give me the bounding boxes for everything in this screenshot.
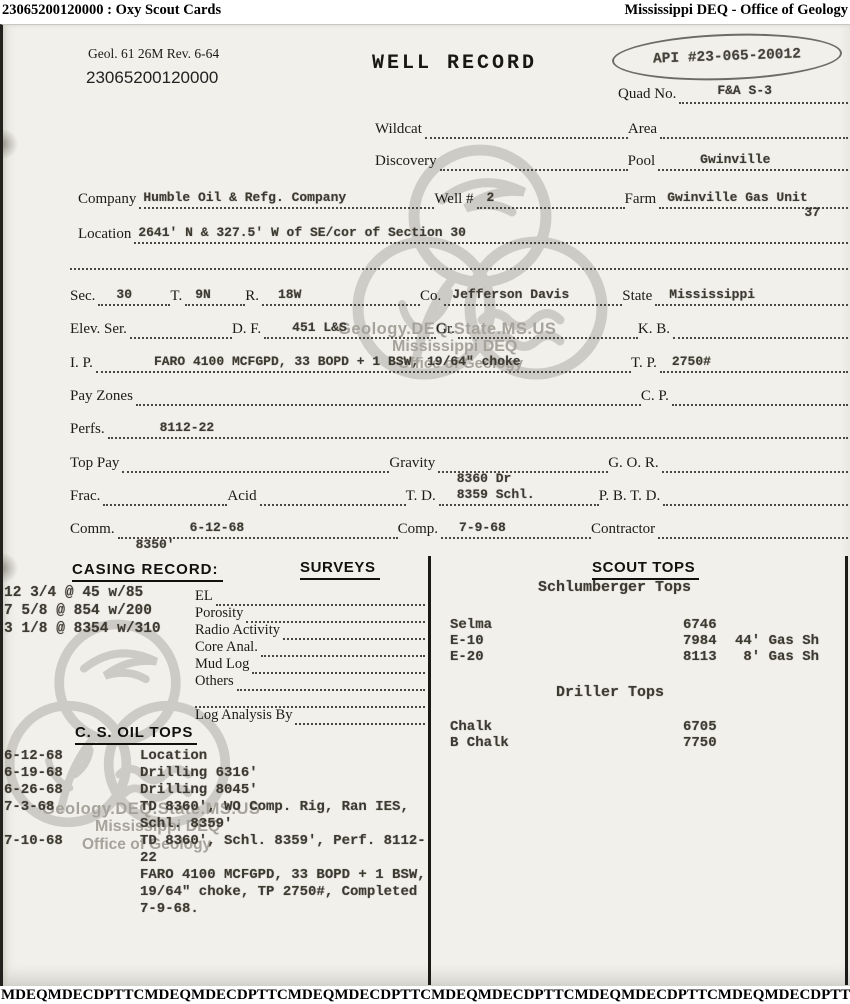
field-value-sec: 30 [116,287,132,302]
field-label-gr: Gr. [436,319,458,339]
casing-record-heading: CASING RECORD: [72,561,223,582]
punch-hole-shadow [3,129,18,159]
footer-word: PTTC [821,987,850,1004]
field-label-gravity: Gravity [389,453,438,473]
report-date: 7-3-68 [4,799,140,816]
top-name: E-10 [450,633,683,649]
casing-row: 7 5/8 @ 854 w/200 [4,602,161,620]
report-text: Location [140,748,207,765]
field-label-county: Co. [420,286,444,306]
footer-word: MDEQ [574,987,621,1004]
dotted-line: FARO 4100 MCFGPD, 33 BOPD + 1 BSW, 19/64… [96,351,631,373]
dotted-line: 2750# [660,351,848,373]
dotted-line [425,117,628,139]
field-value-df: 451 L&S [292,320,347,335]
field-label-area: Area [628,119,660,139]
footer-word: MDECD [764,987,821,1004]
field-value-location: 2641' N & 327.5' W of SE/cor of Section … [138,225,466,240]
field-value-county: Jefferson Davis [452,287,569,302]
footer-word: MDEQ [288,987,335,1004]
scout-top-row: E-20 8113 8' Gas Sh [450,649,842,665]
field-label-state: State [622,286,655,306]
field-label-township: T. [170,286,185,306]
dotted-line: Gwinville [658,149,848,171]
top-note: 8' Gas Sh [735,649,819,665]
scout-top-row: E-10 7984 44' Gas Sh [450,633,842,649]
oil-top-row: 6-12-68 Location [4,748,440,765]
dotted-line [260,484,406,506]
field-value-comp: 7-9-68 [459,520,506,535]
form-number: Geol. 61 26M Rev. 6-64 [88,46,219,62]
top-name: Chalk [450,719,683,735]
field-label-pbtd: P. B. T. D. [599,486,664,506]
field-label-pool: Pool [628,151,659,171]
field-value-township: 9N [195,287,211,302]
oil-top-row: 6-26-68 Drilling 8045' [4,782,440,799]
dotted-line: F&A S-3 [679,82,848,104]
scout-top-row: Chalk 6705 [450,719,842,735]
top-depth: 7984 [683,633,735,649]
field-value-farm-2: 37 [804,205,820,220]
report-date: 7-10-68 [4,833,140,850]
dotted-line: 30 [98,284,170,306]
footer-word: MDECD [334,987,391,1004]
footer-word: MDECD [191,987,248,1004]
surveys-heading: SURVEYS [300,559,380,580]
field-label-elev-ser: Elev. Ser. [70,319,130,339]
field-label-range: R. [245,286,262,306]
footer-word: MDEQ [1,987,48,1004]
field-label-frac: Frac. [70,486,103,506]
top-note: 44' Gas Sh [735,633,819,649]
dotted-line [130,317,232,339]
footer-word: MDECD [48,987,105,1004]
oil-top-row: 7-3-68 TD 8360', WO Comp. Rig, Ran IES, … [4,799,440,833]
api-number: API #23-065-20012 [653,46,801,67]
survey-label-log-analysis-by: Log Analysis By [195,705,295,725]
page-title: WELL RECORD [372,52,537,75]
scout-tops-heading: SCOUT TOPS [592,559,699,580]
dotted-line [658,517,848,539]
field-label-top-pay: Top Pay [70,453,122,473]
dotted-line: 9N [185,284,245,306]
dotted-line [295,706,425,725]
footer-ribbon: MDEQ MDECD PTTC MDEQ MDECD PTTC MDEQ MDE… [0,986,850,1004]
dotted-line [122,451,389,473]
dotted-line: 8360 Dr 8359 Schl. [439,484,599,506]
top-name: E-20 [450,649,683,665]
dotted-line: 2 [477,187,625,209]
dotted-line [663,484,848,506]
field-label-farm: Farm [625,189,660,209]
field-label-perfs: Perfs. [70,419,108,439]
field-value-tp: 2750# [672,354,711,369]
field-value-company: Humble Oil & Refg. Company [143,190,346,205]
footer-word: MDEQ [718,987,765,1004]
dotted-line [136,384,641,406]
dotted-separator [70,268,848,270]
report-date: 6-26-68 [4,782,140,799]
field-value-well-no: 2 [487,190,495,205]
field-label-tp: T. P. [631,353,660,373]
dotted-line [660,117,848,139]
field-value-quad: F&A S-3 [717,83,772,98]
field-label-acid: Acid [227,486,259,506]
dotted-line [103,484,227,506]
field-label-kb: K. B. [638,319,673,339]
field-value-range: 18W [278,287,301,302]
field-label-df: D. F. [232,319,264,339]
dotted-line: 2641' N & 327.5' W of SE/cor of Section … [134,222,848,244]
dotted-line: 451 L&S [264,317,436,339]
footer-word: MDEQ [144,987,191,1004]
dotted-line [672,384,848,406]
dotted-line: 18W [262,284,420,306]
casing-row: 3 1/8 @ 8354 w/310 [4,620,161,638]
field-value-state: Mississippi [669,287,755,302]
viewer-title-right: Mississippi DEQ - Office of Geology [624,2,848,19]
report-date: 6-12-68 [4,748,140,765]
field-label-discovery: Discovery [375,151,440,171]
dotted-line: 6-12-68 8350' [118,517,398,539]
field-value-ip: FARO 4100 MCFGPD, 33 BOPD + 1 BSW, 19/64… [154,354,521,369]
dotted-line [438,451,608,473]
dotted-line: Mississippi [655,284,848,306]
page: 23065200120000 : Oxy Scout Cards Mississ… [0,0,850,1004]
field-label-location: Location [78,224,134,244]
viewer-title-left: 23065200120000 : Oxy Scout Cards [2,2,221,19]
schlumberger-tops-heading: Schlumberger Tops [538,579,691,596]
dotted-line [662,451,848,473]
survey-label-others: Others [195,671,237,691]
field-value-perfs: 8112-22 [160,420,215,435]
field-label-gor: G. O. R. [608,453,661,473]
report-date: 6-19-68 [4,765,140,782]
field-value-td-driller: 8360 Dr [457,471,512,486]
dotted-line: 7-9-68 [441,517,591,539]
scout-top-row: B Chalk 7750 [450,735,842,751]
field-label-wildcat: Wildcat [375,119,425,139]
top-depth: 8113 [683,649,735,665]
field-note-comm: 8350' [136,537,175,552]
driller-tops-heading: Driller Tops [556,684,664,701]
field-label-pay-zones: Pay Zones [70,386,136,406]
footer-word: MDECD [478,987,535,1004]
oil-top-row: 6-19-68 Drilling 6316' [4,765,440,782]
cs-oil-tops-heading: C. S. OIL TOPS [75,724,197,745]
dotted-line: Jefferson Davis [444,284,622,306]
casing-row: 12 3/4 @ 45 w/85 [4,584,161,602]
scout-top-row: Selma 6746 [450,617,842,633]
field-label-quad: Quad No. [618,84,679,104]
field-label-well-no: Well # [434,189,476,209]
footer-word: PTTC [104,987,144,1004]
report-text: Drilling 6316' [140,765,258,782]
field-label-sec: Sec. [70,286,98,306]
top-name: B Chalk [450,735,683,751]
field-label-comm: Comm. [70,519,118,539]
field-label-company: Company [78,189,139,209]
footer-word: PTTC [678,987,718,1004]
footer-word: PTTC [248,987,288,1004]
dotted-line: Gwinville Gas Unit 37 [659,187,848,209]
viewer-header: 23065200120000 : Oxy Scout Cards Mississ… [0,0,850,24]
footer-word: PTTC [391,987,431,1004]
punch-hole-shadow [3,553,18,583]
report-text: Drilling 8045' [140,782,258,799]
top-depth: 7750 [683,735,735,751]
dotted-line [440,149,628,171]
dotted-line [458,317,638,339]
field-label-contractor: Contractor [591,519,658,539]
dotted-line: Humble Oil & Refg. Company [139,187,434,209]
dotted-line [673,317,848,339]
field-label-td: T. D. [406,486,439,506]
field-label-comp: Comp. [398,519,441,539]
dotted-line: 8112-22 [108,417,848,439]
footer-word: MDEQ [431,987,478,1004]
footer-word: PTTC [534,987,574,1004]
report-text: TD 8360', Schl. 8359', Perf. 8112-22 FAR… [140,833,440,918]
top-name: Selma [450,617,683,633]
oil-top-row: 7-10-68 TD 8360', Schl. 8359', Perf. 811… [4,833,440,918]
well-id: 23065200120000 [86,68,218,88]
field-value-td-schl: 8359 Schl. [457,487,535,502]
field-value-comm: 6-12-68 [190,520,245,535]
field-label-ip: I. P. [70,353,96,373]
field-value-farm: Gwinville Gas Unit [667,190,807,205]
top-depth: 6746 [683,617,735,633]
field-value-pool: Gwinville [700,152,770,167]
field-label-cp: C. P. [641,386,672,406]
top-depth: 6705 [683,719,735,735]
footer-word: MDECD [621,987,678,1004]
report-text: TD 8360', WO Comp. Rig, Ran IES, Schl. 8… [140,799,409,833]
right-edge-line [845,556,848,985]
